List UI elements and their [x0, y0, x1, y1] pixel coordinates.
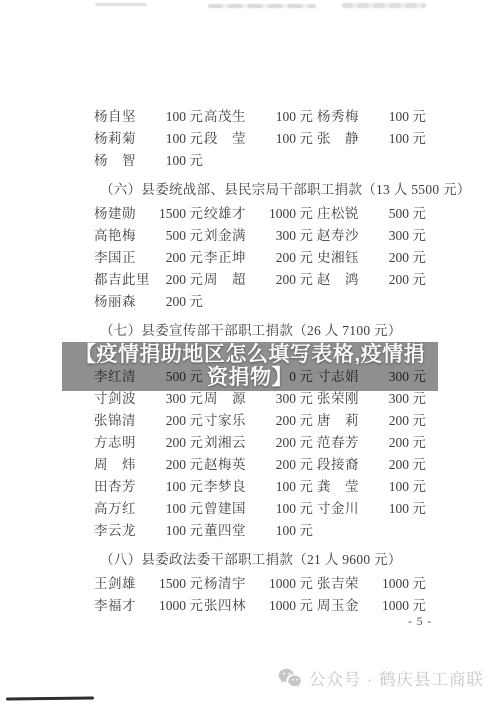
amount-number: 100 — [262, 128, 296, 150]
amount-number: 100 — [262, 106, 296, 128]
amount-unit: 元 — [186, 413, 203, 428]
donor-cell: 高万红100 元 — [94, 498, 204, 520]
donor-cell: 龚 莹100 元 — [317, 476, 500, 498]
donation-amount: 200 元 — [375, 454, 426, 476]
document-page: 杨自坚100 元高茂生100 元杨秀梅100 元杨莉菊100 元段 莹100 元… — [0, 0, 500, 706]
donor-cell: 杨建勋1500 元 — [94, 203, 204, 225]
donor-cell: 张四林1000 元 — [204, 595, 317, 617]
donor-cell: 李云龙100 元 — [94, 520, 204, 542]
donor-cell: 高茂生100 元 — [204, 106, 317, 128]
donation-amount: 1500 元 — [152, 573, 203, 595]
donor-name: 张吉荣 — [317, 573, 375, 595]
donor-name: 李云龙 — [94, 520, 152, 542]
donor-cell: 段接裔200 元 — [317, 454, 500, 476]
donor-cell: 杨秀梅100 元 — [317, 106, 500, 128]
donor-cell: 曾建国100 元 — [204, 498, 317, 520]
amount-number: 1000 — [262, 595, 296, 617]
amount-unit: 元 — [296, 457, 313, 472]
amount-number: 500 — [375, 203, 409, 225]
donor-cell: 方志明200 元 — [94, 432, 204, 454]
donor-cell: 张荣刚300 元 — [317, 388, 500, 410]
donation-amount: 1000 元 — [375, 573, 426, 595]
donation-amount: 300 元 — [262, 225, 313, 247]
amount-number: 100 — [375, 106, 409, 128]
donor-name: 方志明 — [94, 432, 152, 454]
amount-number: 300 — [262, 388, 296, 410]
donation-amount: 100 元 — [152, 150, 203, 172]
watermark: 公众号 · 鹤庆县工商联 — [278, 666, 484, 690]
donor-name: 范春芳 — [317, 432, 375, 454]
donation-row: 杨 智100 元 — [0, 150, 500, 172]
section-header: （六）县委统战部、县民宗局干部职工捐款（13 人 5500 元） — [0, 179, 500, 201]
donation-amount: 100 元 — [262, 498, 313, 520]
donor-name: 杨清宇 — [204, 573, 262, 595]
page-number: - 5 - — [408, 616, 432, 628]
amount-number: 200 — [152, 410, 186, 432]
scan-artifact — [342, 3, 426, 8]
amount-number: 300 — [262, 225, 296, 247]
donor-name: 段 莹 — [204, 128, 262, 150]
amount-unit: 元 — [186, 523, 203, 538]
donor-name: 高万红 — [94, 498, 152, 520]
donor-name: 都吉此里 — [94, 269, 152, 291]
donation-amount: 100 元 — [152, 106, 203, 128]
donor-name: 杨丽森 — [94, 291, 152, 313]
donor-cell: 都吉此里200 元 — [94, 269, 204, 291]
donor-name: 绞雄才 — [204, 203, 262, 225]
donation-amount: 200 元 — [262, 410, 313, 432]
amount-unit: 元 — [186, 576, 203, 591]
donor-name: 寸家乐 — [204, 410, 262, 432]
donation-row: 高艳梅500 元刘金满300 元赵寿沙300 元 — [0, 225, 500, 247]
donation-amount: 100 元 — [375, 476, 426, 498]
donation-row: 周 炜200 元赵梅英200 元段接裔200 元 — [0, 454, 500, 476]
donation-amount: 200 元 — [375, 247, 426, 269]
amount-number: 200 — [375, 269, 409, 291]
donor-name: 曾建国 — [204, 498, 262, 520]
donor-cell: 寸金川100 元 — [317, 498, 500, 520]
donation-amount: 100 元 — [375, 106, 426, 128]
amount-unit: 元 — [409, 250, 426, 265]
amount-number: 200 — [152, 247, 186, 269]
donation-row: 杨丽森200 元 — [0, 291, 500, 313]
donor-cell: 杨莉菊100 元 — [94, 128, 204, 150]
donation-amount: 100 元 — [262, 128, 313, 150]
donor-cell: 范春芳200 元 — [317, 432, 500, 454]
donor-cell: 杨自坚100 元 — [94, 106, 204, 128]
amount-unit: 元 — [186, 457, 203, 472]
donation-row: 杨自坚100 元高茂生100 元杨秀梅100 元 — [0, 106, 500, 128]
donation-row: 张锦清200 元寸家乐200 元唐 莉200 元 — [0, 410, 500, 432]
donor-cell: 高艳梅500 元 — [94, 225, 204, 247]
amount-unit: 元 — [409, 435, 426, 450]
donor-name: 杨自坚 — [94, 106, 152, 128]
donation-amount: 100 元 — [152, 476, 203, 498]
donor-cell: 李梦良100 元 — [204, 476, 317, 498]
amount-number: 100 — [152, 476, 186, 498]
donor-name: 高茂生 — [204, 106, 262, 128]
amount-number: 200 — [375, 432, 409, 454]
caption-overlay: 【疫情捐助地区怎么填写表格,疫情捐 资捐物】 — [62, 342, 438, 391]
donation-amount: 200 元 — [152, 454, 203, 476]
amount-number: 200 — [262, 410, 296, 432]
donor-cell: 杨 智100 元 — [94, 150, 204, 172]
amount-unit: 元 — [186, 153, 203, 168]
amount-unit: 元 — [296, 272, 313, 287]
amount-unit: 元 — [186, 250, 203, 265]
amount-number: 100 — [262, 476, 296, 498]
amount-number: 200 — [375, 247, 409, 269]
amount-number: 1500 — [152, 573, 186, 595]
donor-name: 李国正 — [94, 247, 152, 269]
amount-number: 200 — [375, 454, 409, 476]
amount-number: 200 — [262, 269, 296, 291]
donor-name: 杨建勋 — [94, 203, 152, 225]
donor-cell: 田杏芳100 元 — [94, 476, 204, 498]
donation-amount: 300 元 — [152, 388, 203, 410]
donation-row: 李国正200 元李正坤200 元史湘钰200 元 — [0, 247, 500, 269]
amount-number: 1000 — [375, 573, 409, 595]
amount-unit: 元 — [409, 131, 426, 146]
amount-unit: 元 — [186, 598, 203, 613]
amount-unit: 元 — [186, 131, 203, 146]
amount-unit: 元 — [186, 228, 203, 243]
donation-row: 方志明200 元刘湘云200 元范春芳200 元 — [0, 432, 500, 454]
donor-name: 赵 鸿 — [317, 269, 375, 291]
donor-name: 李福才 — [94, 595, 152, 617]
amount-number: 100 — [375, 476, 409, 498]
donor-name: 张四林 — [204, 595, 262, 617]
amount-unit: 元 — [409, 501, 426, 516]
donor-cell: 寸剑波300 元 — [94, 388, 204, 410]
amount-number: 300 — [152, 388, 186, 410]
amount-number: 100 — [262, 520, 296, 542]
donor-name: 董四堂 — [204, 520, 262, 542]
section-header: （八）县委政法委干部职工捐款（21 人 9600 元） — [0, 549, 500, 571]
donor-cell: 刘金满300 元 — [204, 225, 317, 247]
amount-number: 300 — [375, 225, 409, 247]
amount-number: 200 — [152, 291, 186, 313]
donation-amount: 100 元 — [375, 128, 426, 150]
donation-amount: 200 元 — [375, 410, 426, 432]
amount-number: 500 — [152, 225, 186, 247]
donor-name: 寸剑波 — [94, 388, 152, 410]
amount-unit: 元 — [409, 457, 426, 472]
overlay-text-line1: 【疫情捐助地区怎么填写表格,疫情捐 — [62, 343, 438, 366]
donor-name: 唐 莉 — [317, 410, 375, 432]
donor-name: 张荣刚 — [317, 388, 375, 410]
donation-amount: 100 元 — [375, 498, 426, 520]
donation-row: 高万红100 元曾建国100 元寸金川100 元 — [0, 498, 500, 520]
donation-amount: 200 元 — [152, 410, 203, 432]
donor-name: 杨秀梅 — [317, 106, 375, 128]
amount-unit: 元 — [296, 131, 313, 146]
donor-name: 史湘钰 — [317, 247, 375, 269]
donor-name: 杨莉菊 — [94, 128, 152, 150]
amount-unit: 元 — [186, 501, 203, 516]
amount-number: 1000 — [262, 573, 296, 595]
amount-number: 1000 — [375, 595, 409, 617]
donor-cell: 赵寿沙300 元 — [317, 225, 500, 247]
donation-amount: 200 元 — [152, 432, 203, 454]
amount-unit: 元 — [409, 109, 426, 124]
amount-unit: 元 — [409, 598, 426, 613]
amount-unit: 元 — [186, 109, 203, 124]
donor-cell: 寸家乐200 元 — [204, 410, 317, 432]
amount-number: 200 — [262, 432, 296, 454]
donation-amount: 500 元 — [152, 225, 203, 247]
amount-number: 100 — [375, 498, 409, 520]
donor-name: 田杏芳 — [94, 476, 152, 498]
amount-unit: 元 — [186, 391, 203, 406]
donation-amount: 100 元 — [152, 128, 203, 150]
amount-unit: 元 — [296, 228, 313, 243]
amount-number: 100 — [152, 520, 186, 542]
amount-number: 200 — [375, 410, 409, 432]
donation-row: 寸剑波300 元周 源300 元张荣刚300 元 — [0, 388, 500, 410]
donation-amount: 200 元 — [262, 432, 313, 454]
donation-section: 杨自坚100 元高茂生100 元杨秀梅100 元杨莉菊100 元段 莹100 元… — [0, 106, 500, 172]
amount-unit: 元 — [296, 576, 313, 591]
amount-unit: 元 — [296, 391, 313, 406]
amount-unit: 元 — [296, 413, 313, 428]
donor-cell: 张吉荣1000 元 — [317, 573, 500, 595]
amount-number: 200 — [152, 432, 186, 454]
donation-amount: 1000 元 — [152, 595, 203, 617]
donation-amount: 1500 元 — [152, 203, 203, 225]
section-header: （七）县委宣传部干部职工捐款（26 人 7100 元） — [0, 320, 500, 342]
amount-unit: 元 — [296, 206, 313, 221]
amount-unit: 元 — [409, 272, 426, 287]
amount-unit: 元 — [186, 479, 203, 494]
amount-number: 200 — [152, 454, 186, 476]
donor-name: 王剑雄 — [94, 573, 152, 595]
donation-row: 都吉此里200 元周 超200 元赵 鸿200 元 — [0, 269, 500, 291]
donor-name: 刘湘云 — [204, 432, 262, 454]
amount-unit: 元 — [186, 435, 203, 450]
donation-amount: 1000 元 — [262, 203, 313, 225]
amount-unit: 元 — [409, 391, 426, 406]
donor-name: 赵寿沙 — [317, 225, 375, 247]
donation-row: 李云龙100 元董四堂100 元 — [0, 520, 500, 542]
overlay-text-line2: 资捐物】 — [62, 366, 438, 389]
amount-number: 100 — [152, 498, 186, 520]
amount-unit: 元 — [296, 109, 313, 124]
donation-amount: 200 元 — [152, 269, 203, 291]
donor-cell: 段 莹100 元 — [204, 128, 317, 150]
donor-cell: 杨清宇1000 元 — [204, 573, 317, 595]
donor-cell: 张锦清200 元 — [94, 410, 204, 432]
amount-number: 1500 — [152, 203, 186, 225]
donor-name: 段接裔 — [317, 454, 375, 476]
donation-amount: 200 元 — [262, 269, 313, 291]
donor-name: 张 静 — [317, 128, 375, 150]
amount-number: 200 — [262, 247, 296, 269]
amount-unit: 元 — [409, 576, 426, 591]
amount-unit: 元 — [296, 250, 313, 265]
donation-amount: 200 元 — [262, 247, 313, 269]
donor-name: 周 超 — [204, 269, 262, 291]
donation-amount: 200 元 — [375, 269, 426, 291]
donation-amount: 100 元 — [262, 520, 313, 542]
donation-amount: 500 元 — [375, 203, 426, 225]
donation-amount: 100 元 — [262, 476, 313, 498]
amount-number: 200 — [262, 454, 296, 476]
donation-row: 杨莉菊100 元段 莹100 元张 静100 元 — [0, 128, 500, 150]
donation-amount: 1000 元 — [375, 595, 426, 617]
donation-amount: 200 元 — [262, 454, 313, 476]
donor-name: 赵梅英 — [204, 454, 262, 476]
amount-unit: 元 — [296, 501, 313, 516]
amount-number: 100 — [262, 498, 296, 520]
amount-number: 300 — [375, 388, 409, 410]
donation-amount: 300 元 — [375, 388, 426, 410]
donation-amount: 1000 元 — [262, 573, 313, 595]
donor-cell: 周 炜200 元 — [94, 454, 204, 476]
donor-cell: 周玉金1000 元 — [317, 595, 500, 617]
donor-name: 龚 莹 — [317, 476, 375, 498]
donation-amount: 300 元 — [262, 388, 313, 410]
donor-cell: 王剑雄1500 元 — [94, 573, 204, 595]
donor-cell: 李正坤200 元 — [204, 247, 317, 269]
amount-unit: 元 — [409, 479, 426, 494]
amount-number: 200 — [152, 269, 186, 291]
amount-number: 1000 — [152, 595, 186, 617]
donor-name: 庄松锐 — [317, 203, 375, 225]
donor-cell: 赵梅英200 元 — [204, 454, 317, 476]
donor-cell: 赵 鸿200 元 — [317, 269, 500, 291]
donor-name: 李正坤 — [204, 247, 262, 269]
donor-cell: 李福才1000 元 — [94, 595, 204, 617]
amount-unit: 元 — [186, 206, 203, 221]
amount-unit: 元 — [409, 228, 426, 243]
scan-edge-line — [6, 697, 94, 700]
donor-cell: 史湘钰200 元 — [317, 247, 500, 269]
donation-amount: 200 元 — [375, 432, 426, 454]
donor-name: 周 源 — [204, 388, 262, 410]
donation-amount: 200 元 — [152, 291, 203, 313]
donor-cell: 绞雄才1000 元 — [204, 203, 317, 225]
amount-unit: 元 — [296, 598, 313, 613]
amount-unit: 元 — [186, 294, 203, 309]
donor-name: 张锦清 — [94, 410, 152, 432]
donation-amount: 100 元 — [262, 106, 313, 128]
amount-unit: 元 — [296, 435, 313, 450]
amount-number: 1000 — [262, 203, 296, 225]
donation-amount: 300 元 — [375, 225, 426, 247]
donor-name: 周 炜 — [94, 454, 152, 476]
donation-amount: 200 元 — [152, 247, 203, 269]
amount-unit: 元 — [296, 479, 313, 494]
scan-artifact — [95, 3, 147, 6]
donation-row: 李福才1000 元张四林1000 元周玉金1000 元 — [0, 595, 500, 617]
donor-cell: 周 超200 元 — [204, 269, 317, 291]
donor-cell: 庄松锐500 元 — [317, 203, 500, 225]
donor-name: 李梦良 — [204, 476, 262, 498]
amount-number: 100 — [375, 128, 409, 150]
amount-unit: 元 — [409, 413, 426, 428]
donation-row: 杨建勋1500 元绞雄才1000 元庄松锐500 元 — [0, 203, 500, 225]
donor-name: 寸金川 — [317, 498, 375, 520]
donor-cell: 张 静100 元 — [317, 128, 500, 150]
donor-cell: 刘湘云200 元 — [204, 432, 317, 454]
donor-cell: 唐 莉200 元 — [317, 410, 500, 432]
donation-row: 田杏芳100 元李梦良100 元龚 莹100 元 — [0, 476, 500, 498]
donor-name: 高艳梅 — [94, 225, 152, 247]
amount-unit: 元 — [409, 206, 426, 221]
watermark-text: 公众号 · 鹤庆县工商联 — [309, 666, 484, 690]
donor-name: 杨 智 — [94, 150, 152, 172]
donation-amount: 1000 元 — [262, 595, 313, 617]
donor-name: 周玉金 — [317, 595, 375, 617]
donor-cell: 董四堂100 元 — [204, 520, 317, 542]
scan-artifact — [208, 4, 316, 8]
donation-row: 王剑雄1500 元杨清宇1000 元张吉荣1000 元 — [0, 573, 500, 595]
amount-unit: 元 — [186, 272, 203, 287]
amount-number: 100 — [152, 128, 186, 150]
amount-number: 100 — [152, 106, 186, 128]
donation-section: （六）县委统战部、县民宗局干部职工捐款（13 人 5500 元）杨建勋1500 … — [0, 179, 500, 313]
wechat-icon — [278, 668, 302, 688]
amount-number: 100 — [152, 150, 186, 172]
amount-unit: 元 — [296, 523, 313, 538]
donor-cell: 杨丽森200 元 — [94, 291, 204, 313]
donation-section: （八）县委政法委干部职工捐款（21 人 9600 元）王剑雄1500 元杨清宇1… — [0, 549, 500, 617]
donation-amount: 100 元 — [152, 498, 203, 520]
donation-amount: 100 元 — [152, 520, 203, 542]
donor-cell: 周 源300 元 — [204, 388, 317, 410]
donor-cell: 李国正200 元 — [94, 247, 204, 269]
donor-name: 刘金满 — [204, 225, 262, 247]
